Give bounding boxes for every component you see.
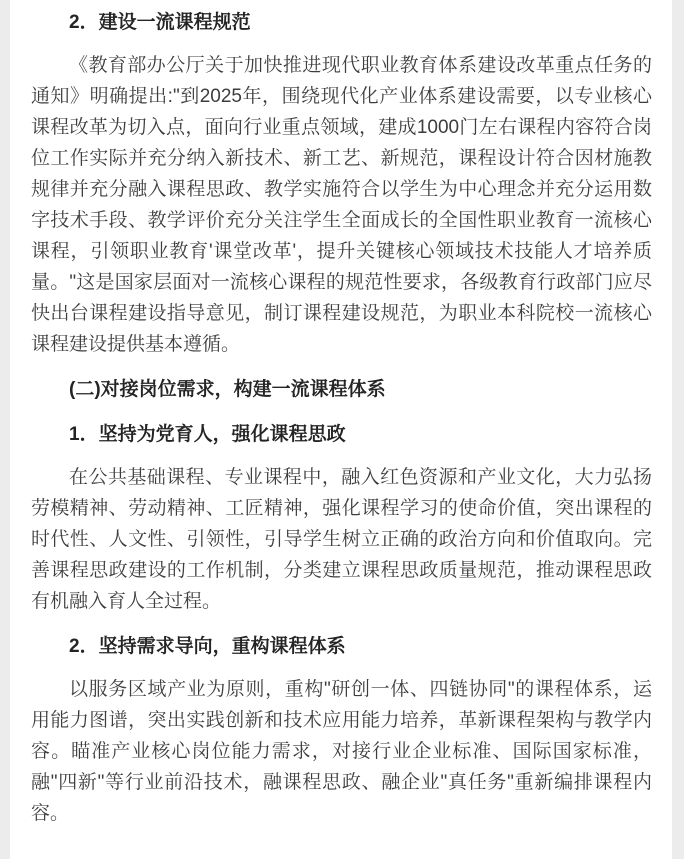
article-page: 2．建设一流课程规范 《教育部办公厅关于加快推进现代职业教育体系建设改革重点任务… (10, 0, 672, 859)
section-heading-course-ideology: 1．坚持为党育人，强化课程思政 (31, 419, 652, 450)
body-paragraph-ministry-notice: 《教育部办公厅关于加快推进现代职业教育体系建设改革重点任务的通知》明确提出:"到… (31, 50, 652, 360)
section-heading-demand-oriented: 2．坚持需求导向，重构课程体系 (31, 631, 652, 662)
section-heading-align-post-needs: (二)对接岗位需求，构建一流课程体系 (31, 374, 652, 405)
body-paragraph-demand-oriented: 以服务区域产业为原则，重构"研创一体、四链协同"的课程体系，运用能力图谱，突出实… (31, 674, 652, 829)
body-paragraph-course-ideology: 在公共基础课程、专业课程中，融入红色资源和产业文化，大力弘扬劳模精神、劳动精神、… (31, 462, 652, 617)
section-heading-build-course-standard: 2．建设一流课程规范 (31, 7, 652, 38)
